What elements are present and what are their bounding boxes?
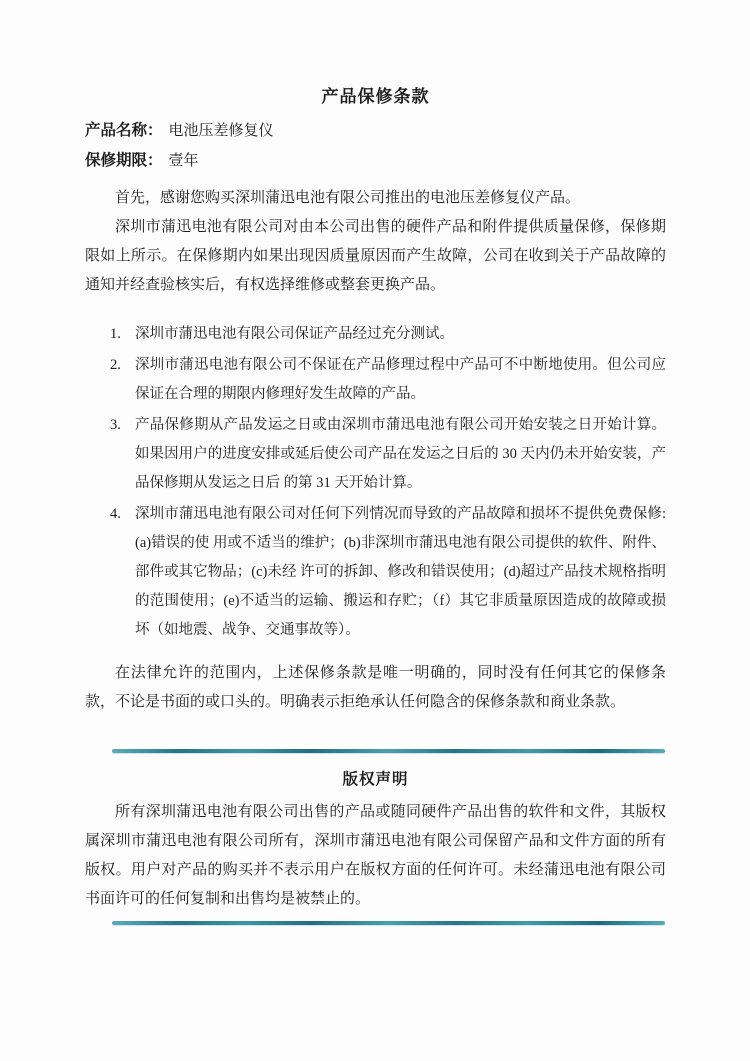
- warranty-period-label: 保修期限：: [85, 152, 163, 169]
- copyright-paragraph: 所有深圳蒲迅电池有限公司出售的产品或随同硬件产品出售的软件和文件，其版权属深圳市…: [85, 798, 666, 914]
- page-title: 产品保修条款: [85, 86, 666, 108]
- list-item-number: 2.: [110, 351, 121, 380]
- intro-paragraph: 首先，感谢您购买深圳蒲迅电池有限公司推出的电池压差修复仪产品。: [85, 184, 666, 213]
- list-item-text: 深圳市蒲迅电池有限公司保证产品经过充分测试。: [135, 326, 454, 342]
- product-name-label: 产品名称：: [85, 122, 163, 139]
- warranty-terms-list: 1. 深圳市蒲迅电池有限公司保证产品经过充分测试。 2. 深圳市蒲迅电池有限公司…: [85, 320, 666, 645]
- intro-section: 首先，感谢您购买深圳蒲迅电池有限公司推出的电池压差修复仪产品。 深圳市蒲迅电池有…: [85, 184, 666, 300]
- list-item-number: 1.: [110, 320, 121, 349]
- list-item: 1. 深圳市蒲迅电池有限公司保证产品经过充分测试。: [85, 320, 666, 349]
- list-item-text: 深圳市蒲迅电池有限公司对任何下列情况而导致的产品故障和损坏不提供免费保修:(a)…: [135, 506, 666, 638]
- section-divider-top: [112, 749, 665, 753]
- warranty-overview-paragraph: 深圳市蒲迅电池有限公司对由本公司出售的硬件产品和附件提供质量保修，保修期限如上所…: [85, 213, 666, 300]
- list-item: 3. 产品保修期从产品发运之日或由深圳市蒲迅电池有限公司开始安装之日开始计算。如…: [85, 411, 666, 498]
- closing-paragraph: 在法律允许的范围内，上述保修条款是唯一明确的，同时没有任何其它的保修条款，不论是…: [85, 659, 666, 717]
- copyright-heading: 版权声明: [85, 765, 666, 794]
- product-name-value: 电池压差修复仪: [169, 123, 274, 139]
- list-item: 2. 深圳市蒲迅电池有限公司不保证在产品修理过程中产品可不中断地使用。但公司应保…: [85, 351, 666, 409]
- list-item: 4. 深圳市蒲迅电池有限公司对任何下列情况而导致的产品故障和损坏不提供免费保修:…: [85, 500, 666, 645]
- product-name-row: 产品名称：电池压差修复仪: [85, 116, 666, 146]
- list-item-text: 产品保修期从产品发运之日或由深圳市蒲迅电池有限公司开始安装之日开始计算。如果因用…: [135, 417, 666, 491]
- warranty-period-value: 壹年: [169, 153, 199, 169]
- document-page: 产品保修条款 产品名称：电池压差修复仪 保修期限：壹年 首先，感谢您购买深圳蒲迅…: [85, 86, 666, 925]
- list-item-number: 3.: [110, 411, 121, 440]
- section-divider-bottom: [112, 921, 665, 925]
- list-item-number: 4.: [110, 500, 121, 529]
- warranty-period-row: 保修期限：壹年: [85, 146, 666, 176]
- list-item-text: 深圳市蒲迅电池有限公司不保证在产品修理过程中产品可不中断地使用。但公司应保证在合…: [135, 357, 666, 402]
- document-fields: 产品名称：电池压差修复仪 保修期限：壹年: [85, 116, 666, 176]
